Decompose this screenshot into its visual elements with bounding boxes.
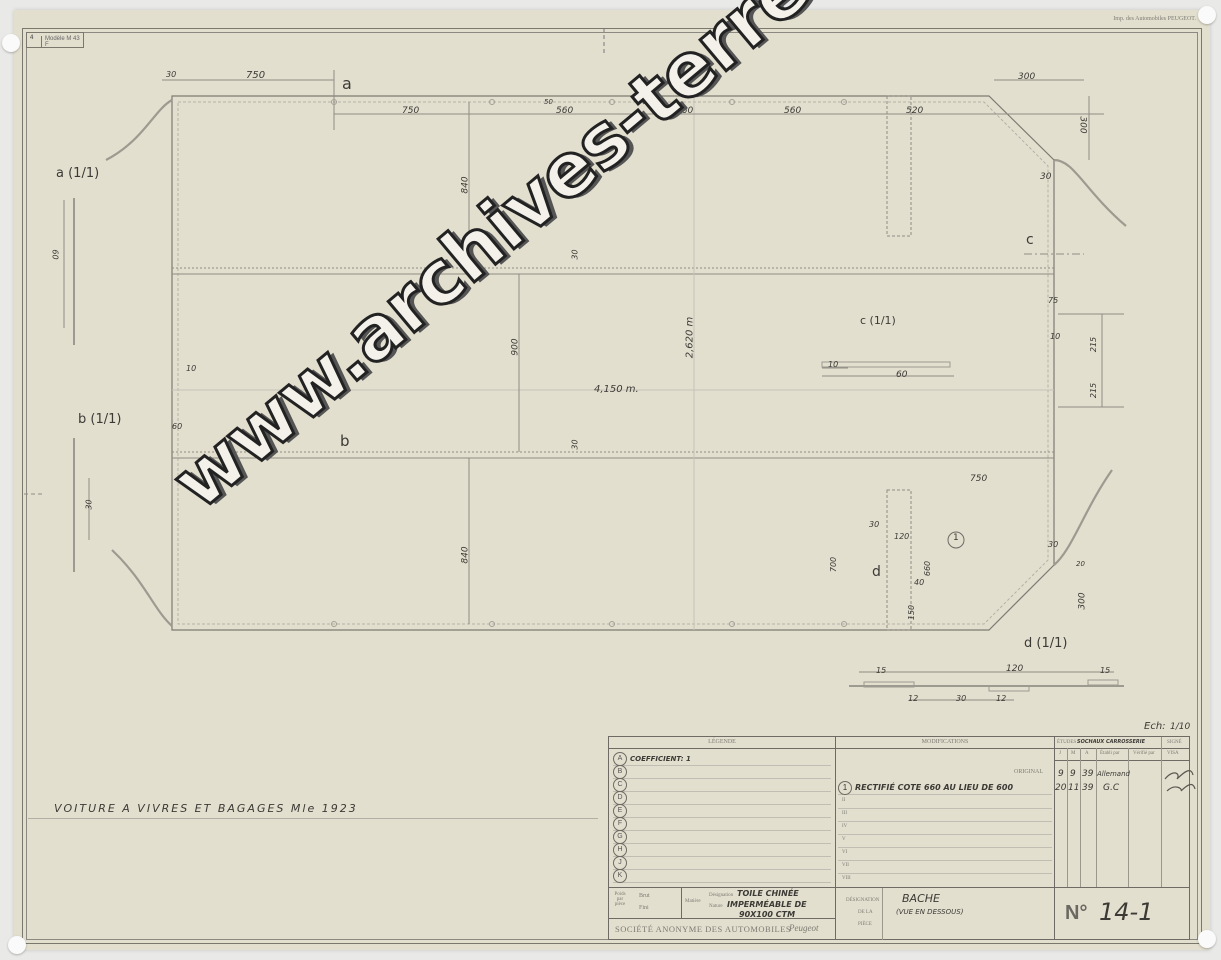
dim-seam-30-top: 30 [571, 249, 580, 259]
visa-header: SIGNÉ [1167, 737, 1182, 748]
mod-num: II [842, 798, 845, 803]
mod-row: V [838, 834, 1052, 848]
detail-b-dim: 30 [85, 499, 94, 509]
designation-panel: DÉSIGNATION DE LA PIÈCE BACHE (VUE EN DE… [836, 887, 1055, 940]
detail-d-dim-30: 30 [956, 694, 966, 703]
legend-key: F [613, 817, 627, 831]
modifications-header: MODIFICATIONS [836, 737, 1054, 749]
mod-num: V [842, 837, 846, 842]
scale: Ech: 1/10 [1144, 716, 1190, 734]
col-j: J [1059, 751, 1061, 756]
legend-row: B [613, 766, 831, 779]
studies-header: ÉTUDES SOCHAUX CARROSSERIE SIGNÉ [1055, 737, 1189, 749]
section-b-label: b [340, 432, 350, 450]
dim-right-75: 75 [1048, 296, 1058, 305]
dim-d-660: 660 [923, 561, 932, 576]
pin-bottom-left [8, 936, 26, 954]
detail-d-dim-15-left: 15 [876, 666, 886, 675]
legend-row: D [613, 792, 831, 805]
detail-d-dim-12-left: 12 [908, 694, 918, 703]
dim-inner-750: 750 [402, 106, 419, 116]
study-month: 11 [1068, 783, 1079, 793]
material-line1: TOILE CHINÉE [737, 889, 799, 898]
detail-a-dim: 60 [51, 249, 60, 259]
detail-d-label: d (1/1) [1024, 636, 1067, 651]
dim-corner-b-30: 30 [1048, 540, 1058, 549]
mod-row: II [838, 795, 1052, 809]
legend-key: D [613, 791, 627, 805]
legend-key: H [613, 843, 627, 857]
dim-d-30: 30 [869, 520, 879, 529]
dim-520: 520 [906, 106, 923, 116]
weight-label: Poids par pièce [612, 892, 628, 907]
detail-a-label: a (1/1) [56, 166, 99, 181]
studies-panel: ÉTUDES SOCHAUX CARROSSERIE SIGNÉ J M A É… [1055, 737, 1189, 887]
col-divider [1080, 748, 1081, 887]
col-visa: VISA [1167, 751, 1179, 756]
mod-num: III [842, 811, 847, 816]
dim-top-750: 750 [246, 70, 265, 81]
drawing-number-panel: N° 14-1 [1055, 887, 1189, 940]
fini-label: Fini [639, 905, 649, 911]
study-year: 39 [1082, 783, 1093, 793]
legend-row: F [613, 818, 831, 831]
pin-bottom-right [1198, 930, 1216, 948]
mod-row: VII [838, 860, 1052, 874]
dim-d-700: 700 [829, 557, 838, 572]
mod-num: VI [842, 850, 847, 855]
legend-key: K [613, 869, 627, 883]
col-divider [1161, 737, 1162, 887]
company-box: SOCIÉTÉ ANONYME DES AUTOMOBILES Peugeot [609, 918, 835, 940]
title-line [28, 818, 598, 819]
detail-b-label: b (1/1) [78, 412, 121, 427]
dim-top-50: 50 [544, 98, 553, 106]
section-d-label: d [872, 564, 881, 580]
dim-right-215-1: 215 [1089, 337, 1098, 352]
section-c-label: c [1026, 232, 1034, 248]
dim-left-10: 10 [186, 364, 196, 373]
study-day: 20 [1055, 783, 1066, 793]
dim-left-60: 60 [172, 422, 182, 431]
matiere-label: Matière [685, 899, 701, 904]
dim-900: 900 [511, 338, 521, 355]
drawing-number-prefix: N° [1065, 902, 1087, 925]
modifications-panel: MODIFICATIONS ORIGINAL 1 RECTIFIÉ COTE 6… [836, 737, 1055, 887]
mod-row: 1 RECTIFIÉ COTE 660 AU LIEU DE 600 [838, 781, 1052, 795]
legend-rows: ACOEFFICIENT: 1 B C D E F G H J K [609, 749, 835, 883]
legend-key: A [613, 752, 627, 766]
designation-divider [882, 888, 883, 940]
drawing-sheet: 4 Modèle M 43 F Imp. des Automobiles PEU… [14, 10, 1210, 950]
dim-right-215-2: 215 [1089, 383, 1098, 398]
legend-row: J [613, 857, 831, 870]
visa-signature [1159, 761, 1199, 801]
dim-d-150: 150 [907, 605, 916, 620]
material-line2: IMPERMÉABLE DE [727, 900, 807, 909]
col-divider [1096, 748, 1097, 887]
detail-d-dim-12-right: 12 [996, 694, 1006, 703]
dim-right-10: 10 [1050, 332, 1060, 341]
legend-row: E [613, 805, 831, 818]
mod-num: 1 [838, 781, 852, 795]
col-m: M [1071, 751, 1075, 756]
study-by: G.C [1103, 783, 1119, 793]
scale-label: Ech: [1144, 721, 1166, 732]
pin-top-right [1198, 6, 1216, 24]
legend-header: LÉGENDE [609, 737, 835, 749]
designation-field-label: Désignation [709, 893, 733, 898]
dim-length-total: 4,150 m. [594, 384, 639, 395]
part-note: (VUE EN DESSOUS) [896, 908, 963, 916]
scale-value: 1/10 [1170, 722, 1190, 732]
pin-top-left [2, 34, 20, 52]
brut-label: Brut [639, 893, 650, 899]
mod-num: IV [842, 824, 847, 829]
dim-corner-b-300: 300 [1078, 592, 1088, 609]
legend-key: E [613, 804, 627, 818]
studies-label: ÉTUDES [1057, 737, 1076, 748]
mod-row: VIII [838, 873, 1052, 886]
detail-c-label: c (1/1) [860, 314, 896, 327]
col-divider [1067, 748, 1068, 887]
legend-key: J [613, 856, 627, 870]
designation-label-3: PIÈCE [858, 922, 872, 927]
dim-560-3: 560 [784, 106, 801, 116]
dim-d-40: 40 [914, 578, 924, 587]
col-divider [1128, 748, 1129, 887]
legend-row: C [613, 779, 831, 792]
original-label: ORIGINAL [1014, 769, 1043, 775]
dim-840-bottom: 840 [461, 546, 471, 563]
study-month: 9 [1070, 769, 1076, 779]
dim-840-top: 840 [461, 176, 471, 193]
col-etabli: Établi par [1100, 751, 1120, 756]
dim-corner-b-20: 20 [1076, 560, 1085, 568]
col-a: A [1085, 751, 1089, 756]
legend-row: H [613, 844, 831, 857]
designation-label-1: DÉSIGNATION [846, 898, 879, 903]
legend-key: C [613, 778, 627, 792]
dim-d-120: 120 [894, 532, 909, 541]
dim-width-total: 2,620 m [684, 317, 695, 359]
detail-d-dim-15-right: 15 [1100, 666, 1110, 675]
legend-row: ACOEFFICIENT: 1 [613, 753, 831, 766]
dim-top-30: 30 [166, 70, 176, 79]
legend-row: K [613, 870, 831, 883]
studies-department: SOCHAUX CARROSSERIE [1077, 737, 1145, 748]
study-year: 39 [1082, 769, 1093, 779]
designation-label-2: DE LA [858, 910, 873, 915]
dim-corner-30: 30 [1040, 172, 1051, 182]
legend-panel: LÉGENDE ACOEFFICIENT: 1 B C D E F G H J … [609, 737, 836, 939]
dim-corner-300-v: 300 [1078, 116, 1088, 133]
legend-row: G [613, 831, 831, 844]
detail-c-dim-60: 60 [896, 370, 907, 380]
legend-key: G [613, 830, 627, 844]
dim-bottom-750: 750 [970, 474, 987, 484]
mod-num: VII [842, 863, 849, 868]
detail-d-dim-120: 120 [1006, 664, 1023, 674]
mod-row: III [838, 808, 1052, 822]
studies-columns: J M A Établi par Vérifié par VISA [1055, 749, 1189, 761]
material-box: Poids par pièce Brut Fini Matière Désign… [609, 887, 835, 918]
part-name: BACHE [902, 892, 940, 905]
drawing-title: VOITURE A VIVRES ET BAGAGES Mle 1923 [54, 802, 358, 815]
col-verifie: Vérifié par [1133, 751, 1155, 756]
detail-c-dim-10: 10 [828, 360, 838, 369]
mod-row: VI [838, 847, 1052, 861]
brand-logo: Peugeot [789, 923, 819, 933]
study-day: 9 [1058, 769, 1064, 779]
title-block: LÉGENDE ACOEFFICIENT: 1 B C D E F G H J … [608, 736, 1190, 940]
drawing-number: 14-1 [1099, 898, 1153, 926]
company-name: SOCIÉTÉ ANONYME DES AUTOMOBILES [615, 924, 791, 934]
dim-corner-300-h: 300 [1018, 72, 1035, 82]
mod-row: IV [838, 821, 1052, 835]
mod-num: VIII [842, 876, 851, 881]
mod-text: RECTIFIÉ COTE 660 AU LIEU DE 600 [855, 783, 1013, 792]
dim-seam-30-bottom: 30 [571, 439, 580, 449]
legend-text: COEFFICIENT: 1 [630, 755, 691, 763]
study-by: Allemand [1097, 770, 1130, 778]
mod-marker: 1 [953, 533, 959, 543]
nature-label: Nature [709, 904, 723, 909]
legend-key: B [613, 765, 627, 779]
material-divider [681, 888, 682, 918]
section-a-label: a [342, 74, 352, 93]
